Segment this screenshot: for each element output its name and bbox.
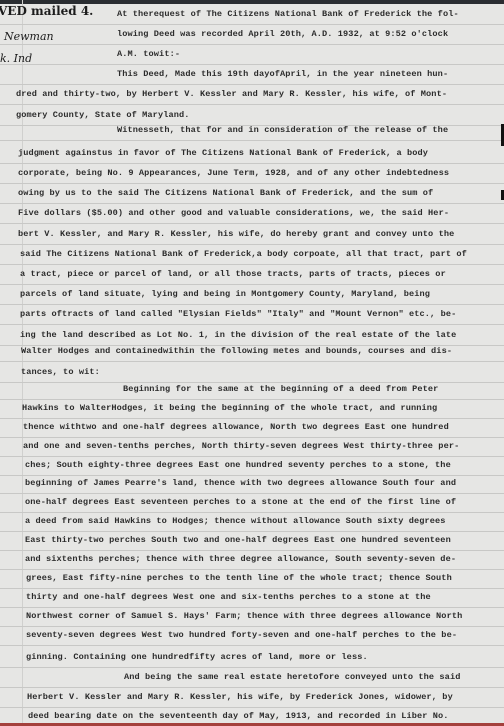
deed-text-line: Five dollars ($5.00) and other good and … <box>18 208 449 218</box>
ruled-line <box>0 607 504 608</box>
ruled-line <box>0 531 504 532</box>
deed-text-line: owing by us to the said The Citizens Nat… <box>18 188 433 198</box>
deed-text-line: bert V. Kessler, and Mary R. Kessler, hi… <box>18 229 454 239</box>
deed-text-line: judgment againstus in favor of The Citiz… <box>18 148 428 158</box>
deed-text-line: deed bearing date on the seventeenth day… <box>28 711 449 721</box>
ruled-line <box>0 626 504 627</box>
deed-text-line: corporate, being No. 9 Appearances, June… <box>18 168 449 178</box>
ruled-line <box>0 667 504 668</box>
deed-text-line: said The Citizens National Bank of Frede… <box>20 249 467 259</box>
ruled-line <box>0 304 504 305</box>
deed-text-line: At therequest of The Citizens National B… <box>117 9 459 19</box>
scanned-deed-page: VED mailed 4. Newman k. Ind At thereques… <box>0 0 504 726</box>
deed-text-line: Walter Hodges and containedwithin the fo… <box>21 346 452 356</box>
deed-text-line: parts oftracts of land called "Elysian F… <box>20 309 456 319</box>
deed-text-line: thirty and one-half degrees West one and… <box>26 592 431 602</box>
ruled-line <box>0 361 504 362</box>
deed-text-line: ches; South eighty-three degrees East on… <box>25 460 451 470</box>
deed-text-line: gomery County, State of Maryland. <box>16 110 189 120</box>
ruled-line <box>0 475 504 476</box>
deed-text-line: Northwest corner of Samuel S. Hays' Farm… <box>26 611 462 621</box>
deed-text-line: Herbert V. Kessler and Mary R. Kessler, … <box>27 692 453 702</box>
ruled-line <box>0 223 504 224</box>
ruled-line <box>0 244 504 245</box>
ruled-line <box>0 399 504 400</box>
deed-text-line: thence withtwo and one-half degrees allo… <box>23 422 449 432</box>
deed-text-line: and one and seven-tenths perches, North … <box>23 441 459 451</box>
deed-text-line: East thirty-two perches South two and on… <box>25 535 451 545</box>
deed-text-line: seventy-seven degrees West two hundred f… <box>26 630 457 640</box>
deed-text-line: ginning. Containing one hundredfifty acr… <box>26 652 368 662</box>
margin-note-mailed: VED mailed 4. <box>0 4 93 18</box>
ruled-line <box>0 645 504 646</box>
deed-text-line: Witnesseth, that for and in consideratio… <box>117 125 448 135</box>
margin-note-ind: k. Ind <box>0 52 32 65</box>
ruled-line <box>0 382 504 383</box>
ruled-line <box>0 284 504 285</box>
deed-text-line: beginning of James Pearre's land, thence… <box>25 478 456 488</box>
deed-text-line: parcels of land situate, lying and being… <box>20 289 430 299</box>
deed-text-line: and sixtenths perches; thence with three… <box>25 554 456 564</box>
deed-text-line: a tract, piece or parcel of land, or all… <box>20 269 446 279</box>
ruled-line <box>0 44 504 45</box>
deed-text-line: A.M. towit:- <box>117 49 180 59</box>
ruled-line <box>0 437 504 438</box>
ruled-line <box>0 569 504 570</box>
margin-rule <box>22 0 23 726</box>
deed-text-line: dred and thirty-two, by Herbert V. Kessl… <box>16 89 447 99</box>
ruled-line <box>0 140 504 141</box>
ruled-line <box>0 418 504 419</box>
ruled-line <box>0 104 504 105</box>
ruled-line <box>0 512 504 513</box>
deed-text-line: a deed from said Hawkins to Hodges; then… <box>25 516 446 526</box>
ruled-line <box>0 707 504 708</box>
ruled-line <box>0 183 504 184</box>
ruled-line <box>0 493 504 494</box>
deed-text-line: ing the land described as Lot No. 1, in … <box>20 330 456 340</box>
deed-text-line: Hawkins to WalterHodges, it being the be… <box>22 403 437 413</box>
deed-text-line: And being the same real estate heretofor… <box>124 672 460 682</box>
deed-text-line: Beginning for the same at the beginning … <box>123 384 438 394</box>
ruled-line <box>0 588 504 589</box>
deed-text-line: tances, to wit: <box>21 367 100 377</box>
margin-note-newman: Newman <box>4 30 54 43</box>
deed-text-line: lowing Deed was recorded April 20th, A.D… <box>117 29 448 39</box>
deed-text-line: one-half degrees East seventeen perches … <box>25 497 456 507</box>
ruled-line <box>0 550 504 551</box>
ruled-line <box>0 264 504 265</box>
ruled-line <box>0 687 504 688</box>
ruled-line <box>0 203 504 204</box>
deed-text-line: grees, East fifty-nine perches to the te… <box>26 573 452 583</box>
ruled-line <box>0 456 504 457</box>
ruled-line <box>0 84 504 85</box>
ruled-line <box>0 64 504 65</box>
ruled-line <box>0 163 504 164</box>
ruled-line <box>0 324 504 325</box>
deed-text-line: This Deed, Made this 19th dayofApril, in… <box>117 69 448 79</box>
ruled-line <box>0 24 504 25</box>
